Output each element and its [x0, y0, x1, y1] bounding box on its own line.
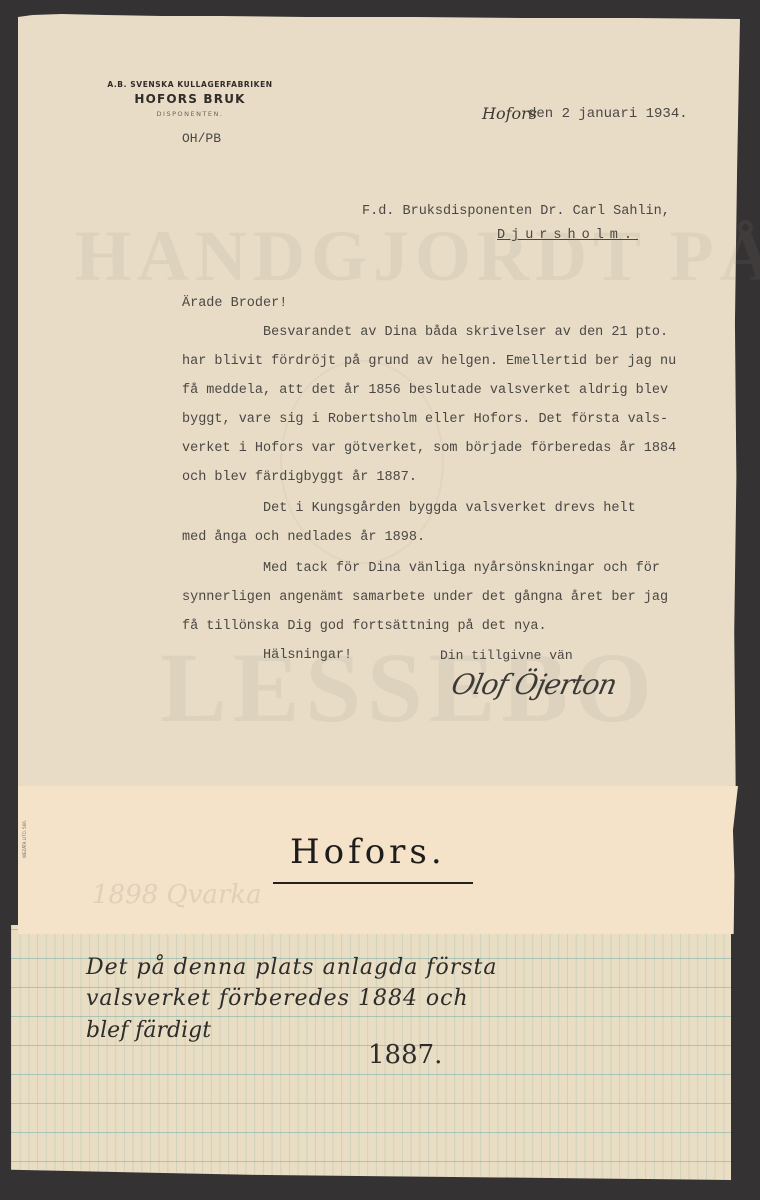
handwritten-line: Det på denna plats anlagda första — [86, 955, 497, 980]
body-line: Det i Kungsgården byggda valsverket drev… — [182, 501, 636, 516]
signature: Olof Öjerton — [448, 668, 619, 701]
note-heading: Hofors. — [290, 832, 446, 872]
handwritten-line: blef färdigt — [86, 1018, 211, 1043]
recipient-name: F.d. Bruksdisponenten Dr. Carl Sahlin, — [362, 204, 670, 219]
body-line: få meddela, att det år 1856 beslutade va… — [182, 383, 668, 398]
letterhead-role: DISPONENTEN. — [60, 110, 320, 118]
letterhead: A.B. SVENSKA KULLAGERFABRIKEN HOFORS BRU… — [60, 80, 320, 118]
body-line: Med tack för Dina vänliga nyårsönskninga… — [182, 561, 660, 576]
handwritten-line: valsverket förberedes 1884 och — [86, 986, 469, 1011]
body-line: verket i Hofors var götverket, som börja… — [182, 441, 676, 456]
heading-underline — [273, 882, 473, 884]
handwritten-year: 1887. — [368, 1040, 442, 1070]
letterhead-company: A.B. SVENSKA KULLAGERFABRIKEN — [60, 80, 320, 89]
body-line: Besvarandet av Dina båda skrivelser av d… — [182, 325, 668, 340]
letterhead-name: HOFORS BRUK — [60, 92, 320, 106]
body-line: och blev färdigbyggt år 1887. — [182, 470, 417, 485]
body-line: med ånga och nedlades år 1898. — [182, 530, 425, 545]
printer-mark: WEZÄTA LITO. 566. — [22, 818, 30, 858]
closing: Din tillgivne vän — [440, 648, 573, 663]
recipient-city: Djursholm. — [497, 228, 638, 243]
body-line: synnerligen angenämt samarbete under det… — [182, 590, 668, 605]
reference-code: OH/PB — [182, 131, 221, 146]
bleed-through-text: 1898 Qvarka — [92, 880, 262, 910]
body-line: har blivit fördröjt på grund av helgen. … — [182, 354, 676, 369]
body-line: få tillönska Dig god fortsättning på det… — [182, 619, 547, 634]
letter-date: den 2 januari 1934. — [528, 106, 688, 122]
body-line: Hälsningar! — [182, 648, 352, 663]
salutation: Ärade Broder! — [182, 296, 287, 311]
body-line: byggt, vare sig i Robertsholm eller Hofo… — [182, 412, 668, 427]
